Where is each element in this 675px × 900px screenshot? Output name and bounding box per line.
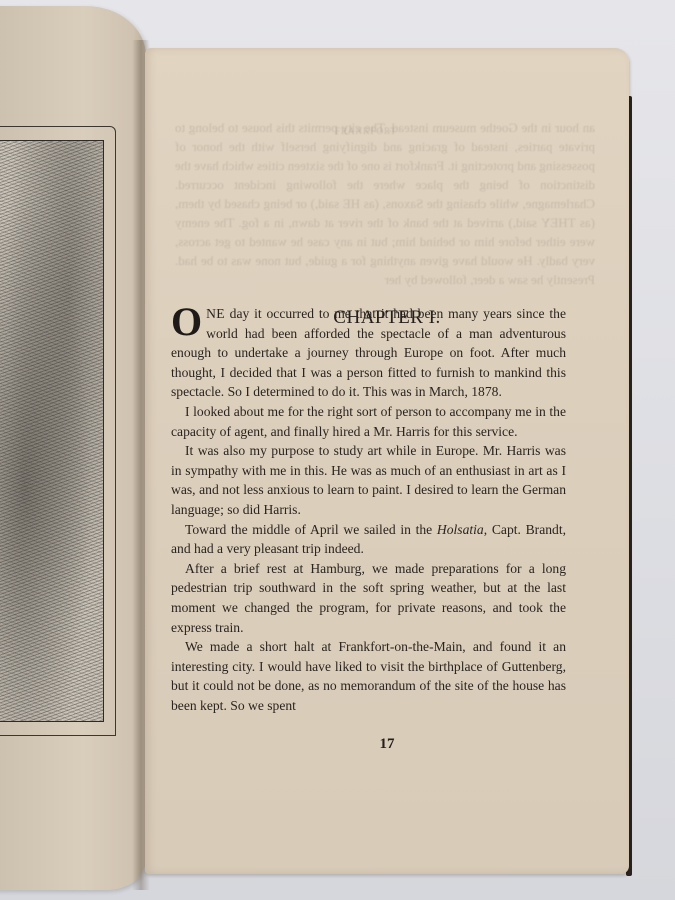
page-number: 17 (145, 736, 629, 753)
paragraph-4: Toward the middle of April we sailed in … (171, 520, 566, 559)
ship-name: Holsatia (437, 522, 484, 537)
paragraph-1: ONE day it occurred to me that it had be… (171, 304, 566, 402)
body-text: ONE day it occurred to me that it had be… (171, 304, 566, 715)
drop-cap: O (171, 306, 202, 338)
first-word-rest: NE (206, 306, 225, 321)
left-page (0, 6, 146, 890)
paragraph-1-text: day it occurred to me that it had been m… (171, 306, 566, 399)
paragraph-4-comma: , (484, 522, 487, 537)
paragraph-2: I looked about me for the right sort of … (171, 402, 566, 441)
paragraph-5: After a brief rest at Hamburg, we made p… (171, 559, 566, 637)
paragraph-3: It was also my purpose to study art whil… (171, 441, 566, 519)
paragraph-4-lead: Toward the middle of April we sailed in … (185, 522, 437, 537)
right-page: FRANKFORT an hour in the Goethe museum i… (145, 48, 629, 874)
engraved-illustration (0, 140, 104, 722)
paragraph-6: We made a short halt at Frankfort-on-the… (171, 637, 566, 715)
bleed-through-text: an hour in the Goethe museum instead. Th… (175, 118, 595, 289)
